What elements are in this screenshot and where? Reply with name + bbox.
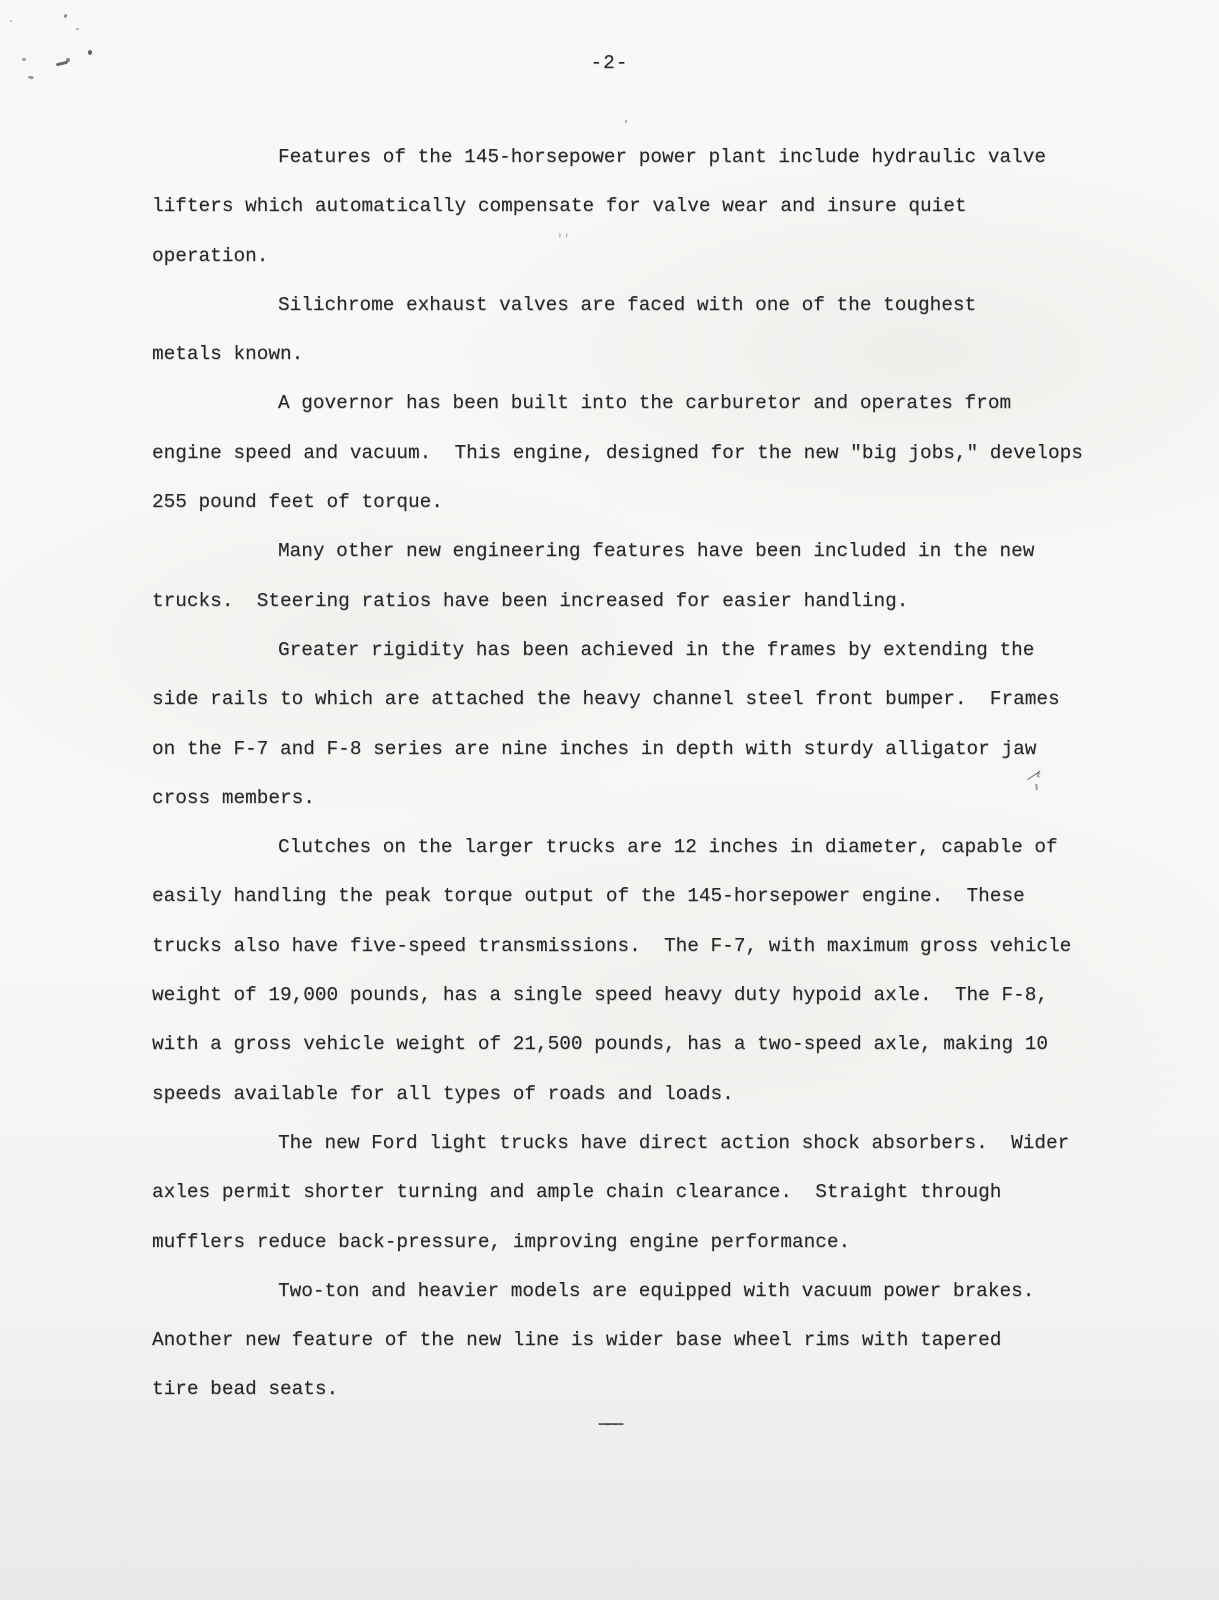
text-line: easily handling the peak torque output o… (152, 872, 1112, 921)
ink-speck (63, 14, 67, 19)
text-line: trucks. Steering ratios have been increa… (152, 577, 1112, 626)
text-line: Greater rigidity has been achieved in th… (152, 626, 1112, 675)
document-page: -2- Features of the 145-horsepower power… (0, 0, 1219, 1600)
text-line: A governor has been built into the carbu… (152, 379, 1112, 428)
end-mark: ——— (0, 1415, 1219, 1434)
text-line: Clutches on the larger trucks are 12 inc… (152, 823, 1112, 872)
text-line: axles permit shorter turning and ample c… (152, 1168, 1112, 1217)
text-line: tire bead seats. (152, 1365, 1112, 1414)
ink-speck (10, 20, 12, 22)
paragraph: Clutches on the larger trucks are 12 inc… (152, 823, 1112, 1119)
text-line: speeds available for all types of roads … (152, 1070, 1112, 1119)
text-line: engine speed and vacuum. This engine, de… (152, 429, 1112, 478)
paragraph: Silichrome exhaust valves are faced with… (152, 281, 1112, 380)
document-body: Features of the 145-horsepower power pla… (152, 133, 1112, 1415)
page-number: -2- (0, 52, 1219, 74)
text-line: Many other new engineering features have… (152, 527, 1112, 576)
text-line: cross members. (152, 774, 1112, 823)
text-line: mufflers reduce back-pressure, improving… (152, 1218, 1112, 1267)
paragraph: A governor has been built into the carbu… (152, 379, 1112, 527)
ink-speck (76, 28, 79, 30)
text-line: side rails to which are attached the hea… (152, 675, 1112, 724)
text-line: Silichrome exhaust valves are faced with… (152, 281, 1112, 330)
paragraph: Greater rigidity has been achieved in th… (152, 626, 1112, 823)
paragraph: Features of the 145-horsepower power pla… (152, 133, 1112, 281)
text-line: operation. (152, 232, 1112, 281)
text-line: Features of the 145-horsepower power pla… (152, 133, 1112, 182)
paragraph: Two-ton and heavier models are equipped … (152, 1267, 1112, 1415)
text-line: trucks also have five-speed transmission… (152, 922, 1112, 971)
paragraph: The new Ford light trucks have direct ac… (152, 1119, 1112, 1267)
text-line: The new Ford light trucks have direct ac… (152, 1119, 1112, 1168)
text-line: 255 pound feet of torque. (152, 478, 1112, 527)
paragraph: Many other new engineering features have… (152, 527, 1112, 626)
text-line: metals known. (152, 330, 1112, 379)
text-line: lifters which automatically compensate f… (152, 182, 1112, 231)
scan-dot-artifact (625, 120, 627, 123)
ink-speck (28, 76, 34, 80)
text-line: weight of 19,000 pounds, has a single sp… (152, 971, 1112, 1020)
text-line: Two-ton and heavier models are equipped … (152, 1267, 1112, 1316)
text-line: with a gross vehicle weight of 21,500 po… (152, 1020, 1112, 1069)
text-line: Another new feature of the new line is w… (152, 1316, 1112, 1365)
text-line: on the F-7 and F-8 series are nine inche… (152, 725, 1112, 774)
